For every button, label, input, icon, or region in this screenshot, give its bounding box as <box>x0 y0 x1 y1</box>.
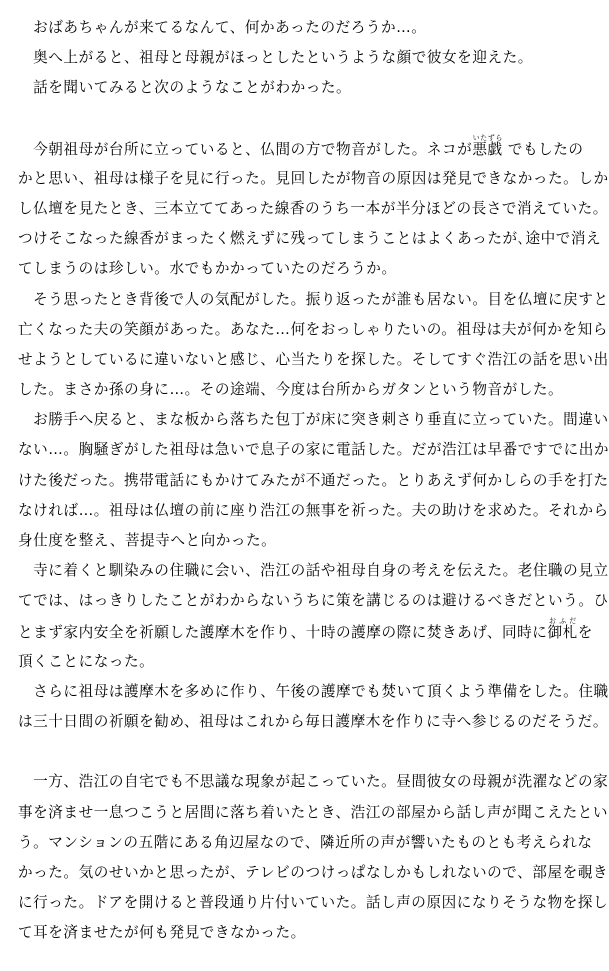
paragraph-1: おばあちゃんが来てるなんて、何かあったのだろうか…。 奥へ上がると、祖母と母親が… <box>18 13 593 104</box>
text-line: さらに祖母は護摩木を多めに作り、午後の護摩でも焚いて頂くよう準備をした。住職 <box>18 677 593 707</box>
paragraph-5: 寺に着くと馴染みの住職に会い、浩江の話や祖母自身の考えを伝えた。老住職の見立 て… <box>18 556 593 677</box>
paragraph-3: そう思ったとき背後で人の気配がした。振り返ったが誰も居ない。目を仏壇に戻すと 亡… <box>18 285 593 406</box>
text-line: 事を済ませ一息つこうと居間に落ち着いたとき、浩江の部屋から話し声が聞こえたとい <box>18 798 593 828</box>
ruby-base: 悪戯 <box>472 141 502 158</box>
text-line: 身仕度を整え、菩提寺へと向かった。 <box>18 526 593 556</box>
text-span: でもしたの <box>503 141 584 158</box>
text-line: けた後だった。携帯電話にもかけてみたが不通だった。とりあえず何かしらの手を打た <box>18 466 593 496</box>
text-line: つけそこなった線香がまったく燃えずに残ってしまうことはよくあったが､途中で消え <box>18 224 593 254</box>
paragraph-6: さらに祖母は護摩木を多めに作り、午後の護摩でも焚いて頂くよう準備をした。住職 は… <box>18 677 593 737</box>
text-line: そう思ったとき背後で人の気配がした。振り返ったが誰も居ない。目を仏壇に戻すと <box>18 285 593 315</box>
text-line: なければ…。祖母は仏壇の前に座り浩江の無事を祈った。夫の助けを求めた。それから <box>18 496 593 526</box>
text-line: かと思い、祖母は様子を見に行った。見回したが物音の原因は発見できなかった。しか <box>18 164 593 194</box>
text-line: とまず家内安全を祈願した護摩木を作り、十時の護摩の際に焚きあげ、同時に御札おふだ… <box>18 617 593 647</box>
document-body: おばあちゃんが来てるなんて、何かあったのだろうか…。 奥へ上がると、祖母と母親が… <box>18 13 593 948</box>
ruby-reading: おふだ <box>547 617 577 625</box>
text-span: 今朝祖母が台所に立っていると、仏間の方で物音がした。ネコが <box>18 141 472 158</box>
text-line: 話を聞いてみると次のようなことがわかった。 <box>18 73 593 103</box>
text-line: 今朝祖母が台所に立っていると、仏間の方で物音がした。ネコが悪戯いたずら でもした… <box>18 134 593 164</box>
text-line: 一方、浩江の自宅でも不思議な現象が起こっていた。昼間彼女の母親が洗濯などの家 <box>18 767 593 797</box>
text-line: 頂くことになった。 <box>18 647 593 677</box>
text-line: ない…。胸騒ぎがした祖母は急いで息子の家に電話した。だが浩江は早番ですでに出か <box>18 435 593 465</box>
ruby-base: 御札 <box>547 624 577 641</box>
paragraph-gap <box>18 737 593 767</box>
text-line: に行った。ドアを開けると普段通り片付いていた。話し声の原因になりそうな物を探し <box>18 888 593 918</box>
text-line: した。まさか孫の身に…。その途端、今度は台所からガタンという物音がした。 <box>18 375 593 405</box>
text-span: を <box>578 624 593 641</box>
text-line: し仏壇を見たとき、三本立ててあった線香のうち一本が半分ほどの長さで消えていた。 <box>18 194 593 224</box>
text-line: おばあちゃんが来てるなんて、何かあったのだろうか…。 <box>18 13 593 43</box>
paragraph-4: お勝手へ戻ると、まな板から落ちた包丁が床に突き刺さり垂直に立っていた。間違い な… <box>18 405 593 556</box>
text-line: 奥へ上がると、祖母と母親がほっとしたというような顔で彼女を迎えた。 <box>18 43 593 73</box>
text-line: せようとしているに違いないと感じ、心当たりを探した。そしてすぐ浩江の話を思い出 <box>18 345 593 375</box>
paragraph-2: 今朝祖母が台所に立っていると、仏間の方で物音がした。ネコが悪戯いたずら でもした… <box>18 134 593 285</box>
ruby-annotation: 御札おふだ <box>547 624 577 641</box>
text-line: てしまうのは珍しい。水でもかかっていたのだろうか。 <box>18 254 593 284</box>
text-line: う。マンションの五階にある角辺屋なので、隣近所の声が響いたものとも考えられな <box>18 828 593 858</box>
text-line: 亡くなった夫の笑顔があった。あなた…何をおっしゃりたいの。祖母は夫が何かを知ら <box>18 315 593 345</box>
text-line: は三十日間の祈願を勧め、祖母はこれから毎日護摩木を作りに寺へ参じるのだそうだ。 <box>18 707 593 737</box>
text-line: お勝手へ戻ると、まな板から落ちた包丁が床に突き刺さり垂直に立っていた。間違い <box>18 405 593 435</box>
ruby-annotation: 悪戯いたずら <box>472 141 502 158</box>
text-line: て耳を済ませたが何も発見できなかった。 <box>18 918 593 948</box>
text-line: てでは、はっきりしたことがわからないうちに策を講じるのは避けるべきだという。ひ <box>18 586 593 616</box>
ruby-reading: いたずら <box>472 134 502 142</box>
paragraph-gap <box>18 104 593 134</box>
text-line: 寺に着くと馴染みの住職に会い、浩江の話や祖母自身の考えを伝えた。老住職の見立 <box>18 556 593 586</box>
paragraph-7: 一方、浩江の自宅でも不思議な現象が起こっていた。昼間彼女の母親が洗濯などの家 事… <box>18 767 593 948</box>
text-span: とまず家内安全を祈願した護摩木を作り、十時の護摩の際に焚きあげ、同時に <box>18 624 547 641</box>
text-line: かった。気のせいかと思ったが、テレビのつけっぱなしかもしれないので、部屋を覗き <box>18 858 593 888</box>
